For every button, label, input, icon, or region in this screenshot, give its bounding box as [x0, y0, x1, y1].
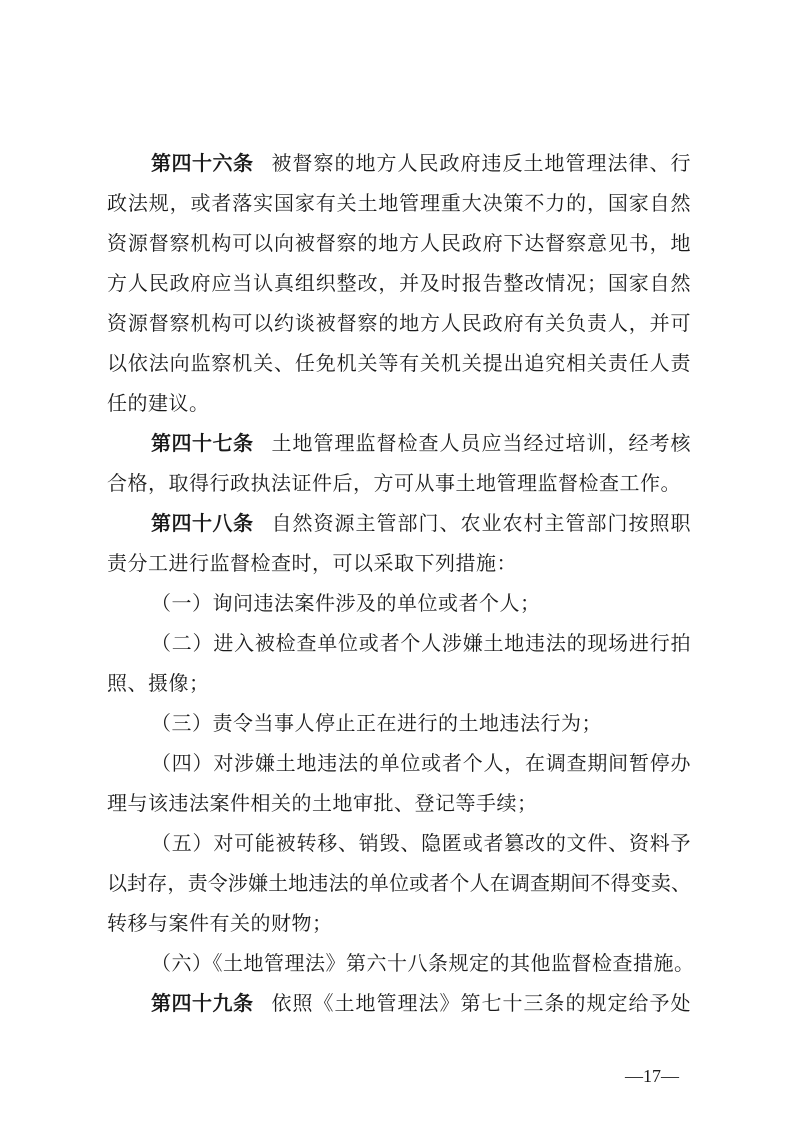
article-46-title: 第四十六条: [151, 151, 254, 175]
measure-item-1: （一）询问违法案件涉及的单位或者个人；: [107, 583, 691, 623]
article-48-line-1: 第四十八条自然资源主管部门、农业农村主管部门按照职: [107, 503, 691, 543]
measure-item-6: （六）《土地管理法》第六十八条规定的其他监督检查措施。: [107, 943, 691, 983]
article-46-line-7: 任的建议。: [107, 383, 691, 423]
article-49-line-1: 第四十九条依照《土地管理法》第七十三条的规定给予处: [107, 983, 691, 1023]
article-48-line-2: 责分工进行监督检查时，可以采取下列措施：: [107, 543, 691, 583]
article-47-title: 第四十七条: [151, 431, 254, 455]
document-page: 第四十六条被督察的地方人民政府违反土地管理法律、行 政法规，或者落实国家有关土地…: [0, 0, 793, 1122]
article-46-line-5: 资源督察机构可以约谈被督察的地方人民政府有关负责人，并可: [107, 303, 691, 343]
measure-item-4-line-1: （四）对涉嫌土地违法的单位或者个人，在调查期间暂停办: [107, 743, 691, 783]
article-46-line-2: 政法规，或者落实国家有关土地管理重大决策不力的，国家自然: [107, 183, 691, 223]
article-49-title: 第四十九条: [151, 991, 254, 1015]
article-47-line-1: 第四十七条土地管理监督检查人员应当经过培训，经考核: [107, 423, 691, 463]
measure-item-4-line-2: 理与该违法案件相关的土地审批、登记等手续；: [107, 783, 691, 823]
article-46-line-3: 资源督察机构可以向被督察的地方人民政府下达督察意见书，地: [107, 223, 691, 263]
document-body: 第四十六条被督察的地方人民政府违反土地管理法律、行 政法规，或者落实国家有关土地…: [107, 143, 691, 1023]
article-46-line-1: 第四十六条被督察的地方人民政府违反土地管理法律、行: [107, 143, 691, 183]
measure-item-5-line-1: （五）对可能被转移、销毁、隐匿或者篡改的文件、资料予: [107, 823, 691, 863]
measure-item-5-line-2: 以封存，责令涉嫌土地违法的单位或者个人在调查期间不得变卖、: [107, 863, 691, 903]
page-number: —17—: [622, 1066, 682, 1087]
measure-item-2-line-2: 照、摄像；: [107, 663, 691, 703]
article-48-title: 第四十八条: [151, 511, 254, 535]
measure-item-5-line-3: 转移与案件有关的财物；: [107, 903, 691, 943]
article-47-line-2: 合格，取得行政执法证件后，方可从事土地管理监督检查工作。: [107, 463, 691, 503]
article-46-line-6: 以依法向监察机关、任免机关等有关机关提出追究相关责任人责: [107, 343, 691, 383]
measure-item-2-line-1: （二）进入被检查单位或者个人涉嫌土地违法的现场进行拍: [107, 623, 691, 663]
measure-item-3: （三）责令当事人停止正在进行的土地违法行为；: [107, 703, 691, 743]
article-46-line-4: 方人民政府应当认真组织整改，并及时报告整改情况；国家自然: [107, 263, 691, 303]
